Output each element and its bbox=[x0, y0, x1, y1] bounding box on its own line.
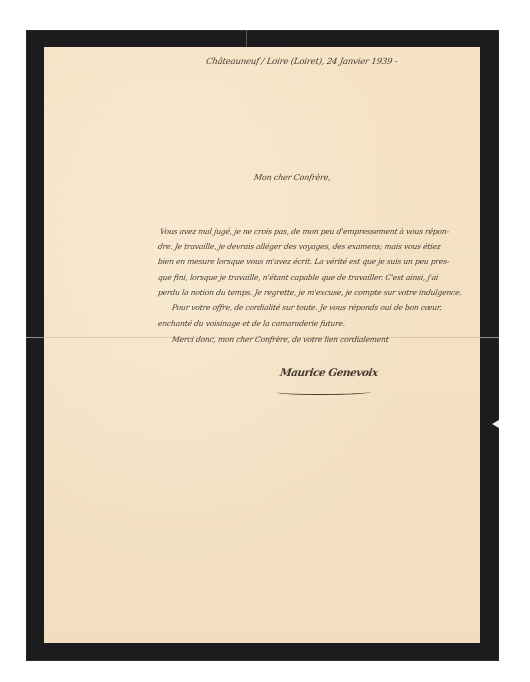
body-line-8: Merci donc, mon cher Confrère, de votre … bbox=[171, 335, 389, 344]
fold-crease-left bbox=[26, 337, 44, 338]
signature: Maurice Genevoix bbox=[279, 367, 378, 379]
fold-crease-right bbox=[480, 337, 499, 338]
body-line-6: Pour votre offre, de cordialité sur tout… bbox=[171, 303, 442, 312]
salutation: Mon cher Confrère, bbox=[253, 173, 331, 182]
body-line-3: bien en mesure lorsque vous m'avez écrit… bbox=[157, 257, 450, 266]
frame-edge-tear bbox=[492, 420, 499, 428]
letter-paper: Châteauneuf / Loire (Loiret), 24 Janvier… bbox=[44, 47, 480, 643]
body-line-4: que fini, lorsque je travaille, n'étant … bbox=[157, 273, 438, 282]
place-date-header: Châteauneuf / Loire (Loiret), 24 Janvier… bbox=[205, 57, 398, 67]
body-line-5: perdu la notion du temps. Je regrette, j… bbox=[157, 288, 462, 297]
body-line-7: enchanté du voisinage et de la camarader… bbox=[157, 319, 345, 328]
body-line-2: dre. Je travaille, je devrais alléger de… bbox=[157, 242, 441, 251]
signature-underline bbox=[276, 388, 372, 395]
frame-crease-mark bbox=[246, 30, 247, 47]
body-line-1: Vous avez mal jugé, je ne crois pas, de … bbox=[159, 227, 449, 236]
